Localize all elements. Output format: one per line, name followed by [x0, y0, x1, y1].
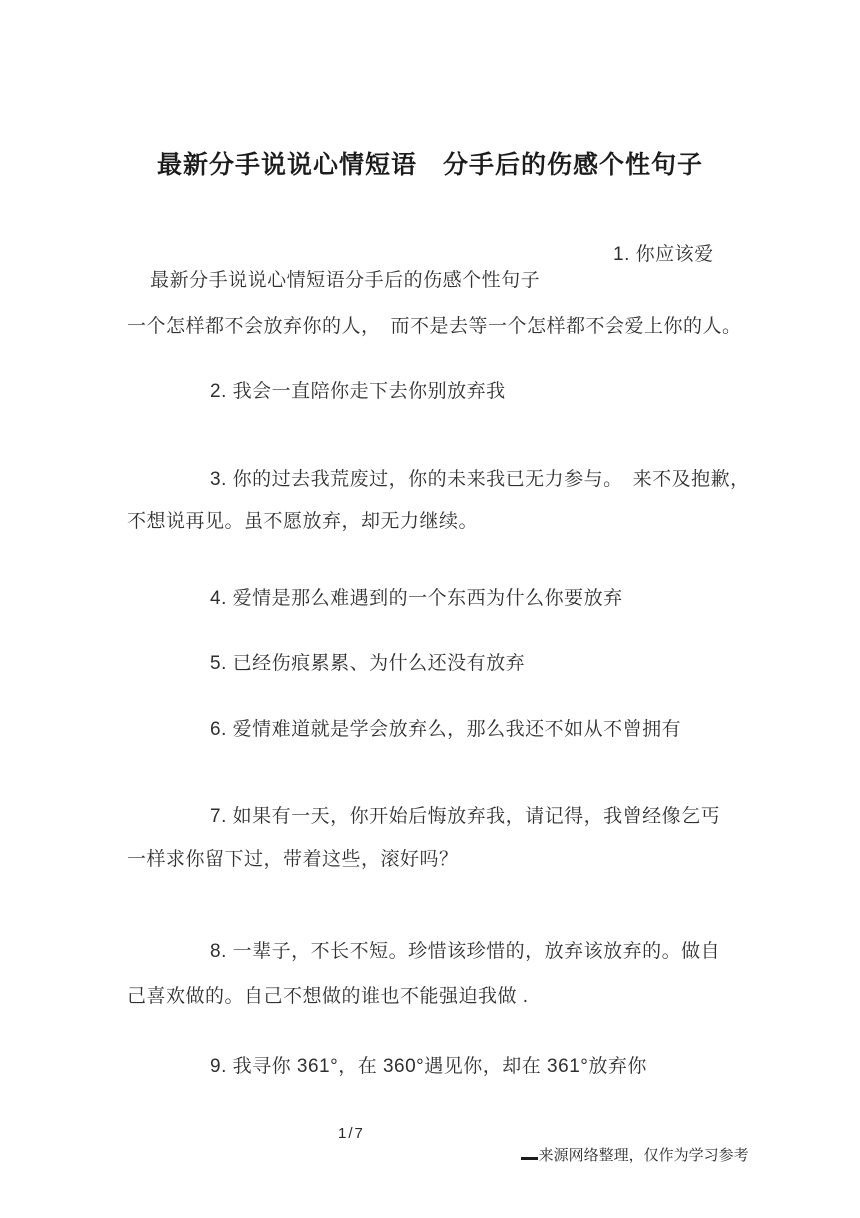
list-item-8: 8. 一辈子，不长不短。珍惜该珍惜的，放弃该放弃的。做自 — [210, 939, 770, 965]
page-number-indicator: 1/7 — [338, 1124, 365, 1144]
text-line: 一样求你留下过，带着这些，滚好吗？ — [127, 847, 767, 873]
paragraph-lead-text: 最新分手说说心情短语分手后的伤感个性句子 — [150, 270, 540, 291]
text-line: 一个怎样都不会放弃你的人， 而不是去等一个怎样都不会爱上你的人。 — [127, 314, 767, 340]
text-line: 不想说再见。虽不愿放弃，却无力继续。 — [127, 509, 767, 535]
list-item-2: 2. 我会一直陪你走下去你别放弃我 — [210, 379, 770, 405]
list-item-6: 6. 爱情难道就是学会放弃么，那么我还不如从不曾拥有 — [210, 717, 770, 743]
underline-mark — [521, 1144, 538, 1160]
footer-note: 来源网络整理，仅作为学习参考 — [504, 1124, 749, 1186]
list-item-3: 3. 你的过去我荒废过，你的未来我已无力参与。 来不及抱歉， — [210, 467, 770, 493]
list-item-9: 9. 我寻你 361°，在 360°遇见你，却在 361°放弃你 — [210, 1054, 770, 1080]
footer-note-text: 来源网络整理，仅作为学习参考 — [539, 1147, 749, 1164]
list-item-7: 7. 如果有一天，你开始后悔放弃我，请记得，我曾经像乞丐 — [210, 804, 770, 830]
list-item-4: 4. 爱情是那么难遇到的一个东西为什么你要放弃 — [210, 586, 770, 612]
list-item-5: 5. 已经伤痕累累、为什么还没有放弃 — [210, 651, 770, 677]
page-title: 最新分手说说心情短语 分手后的伤感个性句子 — [0, 148, 860, 182]
document-page: 最新分手说说心情短语 分手后的伤感个性句子 最新分手说说心情短语分手后的伤感个性… — [0, 0, 860, 1218]
text-line: 己喜欢做的。自己不想做的谁也不能强迫我做 . — [127, 984, 767, 1010]
list-item-1-start: 1. 你应该爱 — [613, 242, 714, 268]
